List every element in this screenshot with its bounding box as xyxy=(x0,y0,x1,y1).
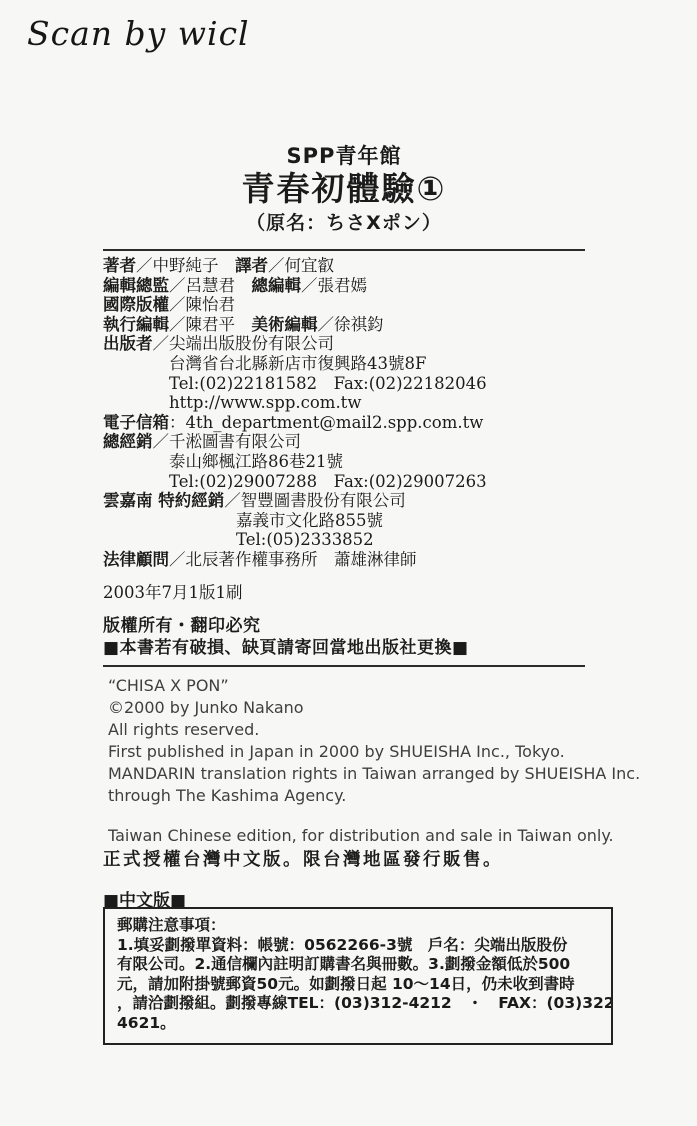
english-copyright-line: through The Kashima Agency. xyxy=(108,785,590,807)
credit-line: 嘉義市文化路855號 xyxy=(103,511,585,531)
credit-label: 美術編輯 xyxy=(252,315,318,334)
mail-order-line: 郵購注意事項： xyxy=(117,916,599,936)
credits-block: 著者／中野純子 譯者／何宜叡編輯總監／呂慧君 總編輯／張君嫣國際版權／陳怡君執行… xyxy=(103,256,585,570)
credit-label: 國際版權 xyxy=(103,295,169,314)
mail-order-box: 郵購注意事項：1.填妥劃撥單資料：帳號：0562266-3號 戶名：尖端出版股份… xyxy=(103,907,613,1045)
mail-order-line: 元，請加附掛號郵資50元。如劃撥日起 10～14日，仍未收到書時 xyxy=(117,975,599,995)
credit-value: ／何宜叡 xyxy=(268,256,334,275)
mail-order-line: ，請洽劃撥組。劃撥專線TEL：(03)312-4212 ・ FAX：(03)32… xyxy=(117,994,599,1014)
credit-value: ：4th_department@mail2.spp.com.tw xyxy=(169,413,483,432)
credit-value: Tel:(02)29007288 Fax:(02)29007263 xyxy=(169,472,487,491)
credit-value: ／千淞圖書有限公司 xyxy=(153,432,302,451)
credit-line: 台灣省台北縣新店市復興路43號8F xyxy=(103,354,585,374)
book-title: 青春初體驗① xyxy=(103,168,585,210)
credit-line: 法律顧問／北辰著作權事務所 蕭雄淋律師 xyxy=(103,550,585,570)
credit-label: 總經銷 xyxy=(103,432,153,451)
credit-label: 法律顧問 xyxy=(103,550,169,569)
credit-line: 總經銷／千淞圖書有限公司 xyxy=(103,432,585,452)
mail-order-line: 4621。 xyxy=(117,1014,599,1034)
copyright-notice: 版權所有・翻印必究 ■本書若有破損、缺頁請寄回當地出版社更換■ xyxy=(103,615,585,659)
credit-line: 執行編輯／陳君平 美術編輯／徐祺鈞 xyxy=(103,315,585,335)
credit-label: 總編輯 xyxy=(252,276,302,295)
distribution-notice-english: Taiwan Chinese edition, for distribution… xyxy=(103,826,590,846)
copyright-notice-line2: ■本書若有破損、缺頁請寄回當地出版社更換■ xyxy=(103,637,585,659)
credit-value: Tel:(02)22181582 Fax:(02)22182046 xyxy=(169,374,487,393)
credit-label: 電子信箱 xyxy=(103,413,169,432)
credit-value: ／中野純子 xyxy=(136,256,235,275)
credit-value: ／智豐圖書股份有限公司 xyxy=(224,491,406,510)
credit-value: http://www.spp.com.tw xyxy=(169,393,361,412)
credit-line: 電子信箱：4th_department@mail2.spp.com.tw xyxy=(103,413,585,433)
english-copyright-line: All rights reserved. xyxy=(108,719,590,741)
credit-line: 雲嘉南 特約經銷／智豐圖書股份有限公司 xyxy=(103,491,585,511)
english-copyright-block: “CHISA X PON”©2000 by Junko NakanoAll ri… xyxy=(103,675,590,807)
divider-top xyxy=(103,249,585,251)
series-name: SPP青年館 xyxy=(103,144,585,168)
credit-line: Tel:(02)29007288 Fax:(02)29007263 xyxy=(103,472,585,492)
credit-label: 編輯總監 xyxy=(103,276,169,295)
credit-value: ／北辰著作權事務所 蕭雄淋律師 xyxy=(169,550,417,569)
credit-line: 泰山鄉楓江路86巷21號 xyxy=(103,452,585,472)
divider-bottom xyxy=(103,665,585,667)
credit-label: 執行編輯 xyxy=(103,315,169,334)
credit-value: 台灣省台北縣新店市復興路43號8F xyxy=(169,354,426,373)
credit-label: 著者 xyxy=(103,256,136,275)
credit-line: Tel:(05)2333852 xyxy=(103,530,585,550)
english-copyright-line: “CHISA X PON” xyxy=(108,675,590,697)
english-copyright-line: MANDARIN translation rights in Taiwan ar… xyxy=(108,763,590,785)
credit-line: 國際版權／陳怡君 xyxy=(103,295,585,315)
scanner-watermark: Scan by wicl xyxy=(27,14,250,53)
title-block: SPP青年館 青春初體驗① （原名：ちさXポン） xyxy=(103,144,585,236)
credit-line: Tel:(02)22181582 Fax:(02)22182046 xyxy=(103,374,585,394)
credit-label: 譯者 xyxy=(235,256,268,275)
credit-value: ／徐祺鈞 xyxy=(318,315,384,334)
credit-value: 泰山鄉楓江路86巷21號 xyxy=(169,452,343,471)
english-copyright-line: ©2000 by Junko Nakano xyxy=(108,697,590,719)
credit-label: 出版者 xyxy=(103,334,153,353)
mail-order-line: 有限公司。2.通信欄內註明訂購書名與冊數。3.劃撥金額低於500 xyxy=(117,955,599,975)
credit-value: ／尖端出版股份有限公司 xyxy=(153,334,335,353)
credit-value: Tel:(05)2333852 xyxy=(236,530,374,549)
edition-date: 2003年7月1版1刷 xyxy=(103,579,585,603)
credit-line: 編輯總監／呂慧君 總編輯／張君嫣 xyxy=(103,276,585,296)
credit-line: 出版者／尖端出版股份有限公司 xyxy=(103,334,585,354)
credit-label: 雲嘉南 特約經銷 xyxy=(103,491,224,510)
credit-value: ／呂慧君 xyxy=(169,276,252,295)
distribution-notice-chinese: 正式授權台灣中文版。限台灣地區發行販售。 xyxy=(103,846,585,871)
copyright-notice-line1: 版權所有・翻印必究 xyxy=(103,615,585,637)
credit-value: ／陳怡君 xyxy=(169,295,235,314)
credit-line: http://www.spp.com.tw xyxy=(103,393,585,413)
english-copyright-line: First published in Japan in 2000 by SHUE… xyxy=(108,741,590,763)
credit-value: ／張君嫣 xyxy=(301,276,367,295)
credit-value: 嘉義市文化路855號 xyxy=(236,511,383,530)
credit-value: ／陳君平 xyxy=(169,315,252,334)
credit-line: 著者／中野純子 譯者／何宜叡 xyxy=(103,256,585,276)
original-title: （原名：ちさXポン） xyxy=(103,210,585,236)
mail-order-line: 1.填妥劃撥單資料：帳號：0562266-3號 戶名：尖端出版股份 xyxy=(117,936,599,956)
